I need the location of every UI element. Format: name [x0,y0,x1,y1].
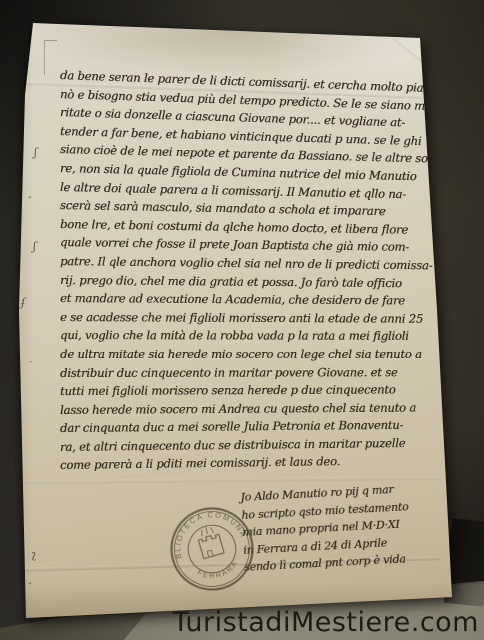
watermark-text: TuristadiMestiere.com [173,607,480,638]
handwriting-line: come parerà a li pditi mei comissarij. e… [60,451,432,475]
handwriting-body: da bene seran le parer de li dicti comis… [60,66,432,475]
manuscript-page: da bene seran le parer de li dicti comis… [0,0,484,640]
margin-ink-mark: ¸ [27,186,33,199]
stamp-crest-icon [196,524,225,559]
margin-ink-mark: ʄ [21,296,25,309]
margin-ink-mark: ʃ [34,146,37,159]
handwriting-line: de ultra mitate sia herede mio socero co… [60,345,432,364]
margin-ink-mark: ˏ [29,350,33,363]
handwriting-line: tutti mei figlioli morissero senza hered… [60,380,432,400]
photo-of-manuscript: da bene seran le parer de li dicti comis… [0,0,484,640]
manuscript-sheet-wrap: da bene seran le parer de li dicti comis… [0,0,484,640]
handwriting-line: et mandare ad executione la Academia, ch… [60,289,432,310]
margin-ink-mark: ʅ [31,548,36,561]
handwriting-line: qui, voglio che la mità de la robba vada… [60,326,432,345]
handwriting-line: e se acadesse che mei figlioli morissero… [60,308,432,328]
handwriting-line: distribuir duc cinquecento in maritar po… [60,363,432,382]
margin-ink-mark: ʃ [33,240,36,253]
margin-ink-mark: ¸ [27,572,33,585]
signature-block: Jo Aldo Manutio ro pij q marho scripto q… [240,479,439,577]
pencil-corner-mark [44,40,57,75]
